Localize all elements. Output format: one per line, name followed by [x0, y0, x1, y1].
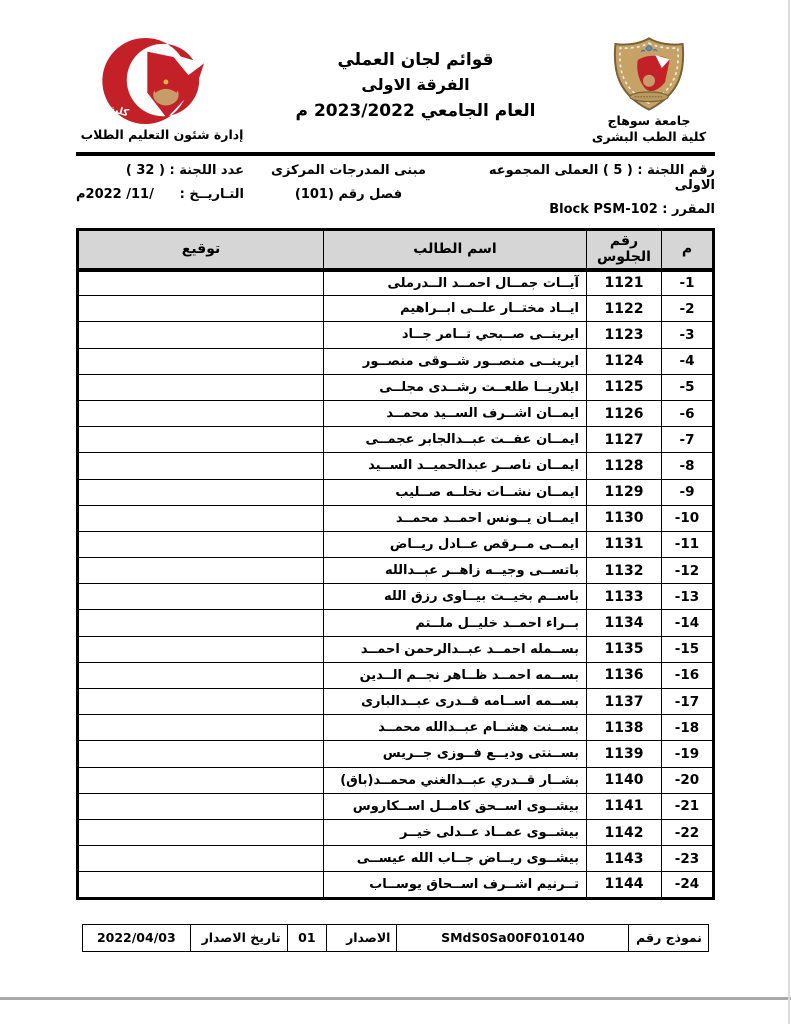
- row-seat-number: 1121: [587, 270, 662, 296]
- info-right-column: رقم اللجنة : ( 5 ) العملى المجموعه الاول…: [453, 163, 715, 217]
- table-row: -231143بيشــوى ريــاض جــاب الله عيســى: [78, 846, 714, 872]
- row-signature-cell: [78, 400, 324, 426]
- row-student-name: بيشــوى ريــاض جــاب الله عيســى: [324, 846, 587, 872]
- row-seat-number: 1133: [587, 584, 662, 610]
- row-signature-cell: [78, 584, 324, 610]
- table-row: -171137بســمه اســامه قــدرى عبــدالبارى: [78, 689, 714, 715]
- table-row: -51125ايلاريــا طلعــت رشــدى مجلــى: [78, 374, 714, 400]
- row-serial: -22: [662, 819, 714, 845]
- row-student-name: ايلاريــا طلعــت رشــدى مجلــى: [324, 374, 587, 400]
- row-seat-number: 1142: [587, 819, 662, 845]
- row-serial: -6: [662, 400, 714, 426]
- row-serial: -5: [662, 374, 714, 400]
- table-row: -201140بشــار قــدري عبــدالغني محمــد(ب…: [78, 767, 714, 793]
- row-student-name: بســمه اســامه قــدرى عبــدالبارى: [324, 689, 587, 715]
- row-student-name: باســم بخيــت بيــاوى رزق الله: [324, 584, 587, 610]
- row-signature-cell: [78, 453, 324, 479]
- document-header: جامعة سوهاج كلية الطب البشرى قوائم لجان …: [76, 36, 715, 150]
- row-seat-number: 1126: [587, 400, 662, 426]
- row-student-name: بشــار قــدري عبــدالغني محمــد(باق): [324, 767, 587, 793]
- document-content: جامعة سوهاج كلية الطب البشرى قوائم لجان …: [76, 0, 715, 952]
- doc-title-line1: قوائم لجان العملي: [248, 50, 583, 70]
- row-seat-number: 1132: [587, 558, 662, 584]
- row-serial: -17: [662, 689, 714, 715]
- row-serial: -10: [662, 505, 714, 531]
- table-row: -141134بــراء احمــد خليــل ملــتم: [78, 610, 714, 636]
- row-student-name: تــرنيم اشــرف اســحاق يوســاب: [324, 872, 587, 898]
- row-seat-number: 1130: [587, 505, 662, 531]
- header-divider-line: [76, 152, 715, 156]
- row-student-name: بســنت هشــام عبــدالله محمــد: [324, 715, 587, 741]
- row-signature-cell: [78, 846, 324, 872]
- department-caption: إدارة شئون التعليم الطلاب: [76, 127, 248, 142]
- row-seat-number: 1143: [587, 846, 662, 872]
- university-name: جامعة سوهاج: [583, 113, 715, 129]
- row-seat-number: 1138: [587, 715, 662, 741]
- table-row: -151135بســمله احمــد عبــدالرحمن احمــد: [78, 636, 714, 662]
- sohag-university-shield-logo: [609, 36, 689, 112]
- row-serial: -2: [662, 296, 714, 322]
- row-signature-cell: [78, 348, 324, 374]
- signature-column-header: توقيع: [78, 230, 324, 270]
- row-signature-cell: [78, 427, 324, 453]
- table-row: -41124ايرينــى منصــور شــوقى منصــور: [78, 348, 714, 374]
- row-serial: -15: [662, 636, 714, 662]
- table-row: -71127ايمــان عفــت عبــدالجابر عجمــى: [78, 427, 714, 453]
- row-signature-cell: [78, 610, 324, 636]
- row-serial: -23: [662, 846, 714, 872]
- row-signature-cell: [78, 767, 324, 793]
- row-student-name: بســمله احمــد عبــدالرحمن احمــد: [324, 636, 587, 662]
- faculty-medicine-crescent-logo: جامعة سوهاج كلية الطب: [88, 36, 236, 126]
- row-student-name: ايمــان عفــت عبــدالجابر عجمــى: [324, 427, 587, 453]
- student-table-body: -11121آيــات جمــال احمــد الــدرملى-211…: [78, 270, 714, 899]
- row-seat-number: 1134: [587, 610, 662, 636]
- row-signature-cell: [78, 558, 324, 584]
- scan-edge-bottom: [0, 997, 791, 1000]
- row-student-name: ايمــان يــونس احمــد محمــد: [324, 505, 587, 531]
- issue-number: 01: [287, 924, 326, 951]
- form-footer-table: نموذج رقم SMdS0Sa00F010140 الاصدار 01 تا…: [82, 924, 709, 952]
- table-header-row: م رقم الجلوس اسم الطالب توقيع: [78, 230, 714, 270]
- row-signature-cell: [78, 741, 324, 767]
- course-code: المقرر : Block PSM-102: [453, 202, 715, 217]
- table-row: -131133باســم بخيــت بيــاوى رزق الله: [78, 584, 714, 610]
- row-signature-cell: [78, 270, 324, 296]
- row-serial: -20: [662, 767, 714, 793]
- row-student-name: ايرينــى منصــور شــوقى منصــور: [324, 348, 587, 374]
- row-student-name: ايــاد مختــار علــى ابــراهيم: [324, 296, 587, 322]
- row-signature-cell: [78, 479, 324, 505]
- row-seat-number: 1131: [587, 531, 662, 557]
- row-serial: -24: [662, 872, 714, 898]
- committee-number: رقم اللجنة : ( 5 ) العملى المجموعه الاول…: [453, 163, 715, 193]
- row-seat-number: 1123: [587, 322, 662, 348]
- seat-number-column-header: رقم الجلوس: [587, 230, 662, 270]
- row-serial: -12: [662, 558, 714, 584]
- row-signature-cell: [78, 819, 324, 845]
- row-seat-number: 1137: [587, 689, 662, 715]
- document-title-block: قوائم لجان العملي الفرقة الاولى العام ال…: [248, 36, 583, 121]
- row-serial: -16: [662, 662, 714, 688]
- row-student-name: بســنتى وديــع فــوزى جــريس: [324, 741, 587, 767]
- seat-header-line1: رقم: [587, 233, 661, 249]
- scan-edge-right: [788, 0, 790, 1024]
- row-serial: -21: [662, 793, 714, 819]
- row-student-name: بيشــوى عمــاد عــدلى خيــر: [324, 819, 587, 845]
- seat-header-line2: الجلوس: [587, 249, 661, 265]
- issue-date-value: 2022/04/03: [83, 924, 191, 951]
- row-serial: -13: [662, 584, 714, 610]
- row-seat-number: 1140: [587, 767, 662, 793]
- date-label: التـاريــخ :: [180, 187, 244, 202]
- row-serial: -4: [662, 348, 714, 374]
- table-row: -241144تــرنيم اشــرف اســحاق يوســاب: [78, 872, 714, 898]
- row-seat-number: 1141: [587, 793, 662, 819]
- row-student-name: آيــات جمــال احمــد الــدرملى: [324, 270, 587, 296]
- row-seat-number: 1144: [587, 872, 662, 898]
- row-serial: -7: [662, 427, 714, 453]
- row-signature-cell: [78, 872, 324, 898]
- row-serial: -8: [662, 453, 714, 479]
- row-student-name: ايمــان اشــرف الســيد محمــد: [324, 400, 587, 426]
- table-row: -181138بســنت هشــام عبــدالله محمــد: [78, 715, 714, 741]
- table-row: -191139بســنتى وديــع فــوزى جــريس: [78, 741, 714, 767]
- row-seat-number: 1124: [587, 348, 662, 374]
- university-logo-block: جامعة سوهاج كلية الطب البشرى: [583, 36, 715, 146]
- row-seat-number: 1135: [587, 636, 662, 662]
- issue-label: الاصدار: [327, 924, 397, 951]
- table-row: -211141بيشــوى اســحق كامــل اســكاروس: [78, 793, 714, 819]
- row-signature-cell: [78, 374, 324, 400]
- room-number: فصل رقم (101): [270, 187, 428, 202]
- row-signature-cell: [78, 662, 324, 688]
- table-row: -221142بيشــوى عمــاد عــدلى خيــر: [78, 819, 714, 845]
- row-student-name: ايرينــى صــبحي تــامر جــاد: [324, 322, 587, 348]
- row-seat-number: 1139: [587, 741, 662, 767]
- row-signature-cell: [78, 531, 324, 557]
- serial-column-header: م: [662, 230, 714, 270]
- row-serial: -14: [662, 610, 714, 636]
- committee-count: عدد اللجنة : ( 32 ): [76, 163, 244, 178]
- row-serial: -3: [662, 322, 714, 348]
- faculty-name: كلية الطب البشرى: [583, 129, 715, 145]
- row-signature-cell: [78, 793, 324, 819]
- exam-date-row: التـاريــخ : /11/ 2022م: [76, 187, 244, 202]
- row-student-name: بيشــوى اســحق كامــل اســكاروس: [324, 793, 587, 819]
- row-serial: -19: [662, 741, 714, 767]
- date-value: /11/ 2022م: [76, 187, 154, 202]
- table-row: -31123ايرينــى صــبحي تــامر جــاد: [78, 322, 714, 348]
- row-student-name: ايمــان ناصــر عبدالحميــد الســيد: [324, 453, 587, 479]
- table-row: -121132باتســى وجيــه زاهــر عبــدالله: [78, 558, 714, 584]
- row-seat-number: 1129: [587, 479, 662, 505]
- row-student-name: بســمه احمــد ظــاهر نجــم الــدين: [324, 662, 587, 688]
- row-seat-number: 1125: [587, 374, 662, 400]
- row-signature-cell: [78, 689, 324, 715]
- form-number-code: SMdS0Sa00F010140: [397, 924, 629, 951]
- doc-title-line3: العام الجامعي 2023/2022 م: [248, 101, 583, 121]
- row-seat-number: 1122: [587, 296, 662, 322]
- row-serial: -11: [662, 531, 714, 557]
- row-student-name: ايمــان نشــات نخلــه صــليب: [324, 479, 587, 505]
- table-row: -61126ايمــان اشــرف الســيد محمــد: [78, 400, 714, 426]
- row-serial: -1: [662, 270, 714, 296]
- info-left-column: عدد اللجنة : ( 32 ) التـاريــخ : /11/ 20…: [76, 163, 244, 217]
- row-student-name: ايمــى مــرقص عــادل ريــاض: [324, 531, 587, 557]
- table-row: -101130ايمــان يــونس احمــد محمــد: [78, 505, 714, 531]
- row-seat-number: 1128: [587, 453, 662, 479]
- scanned-document-page: جامعة سوهاج كلية الطب البشرى قوائم لجان …: [0, 0, 791, 1024]
- table-row: -81128ايمــان ناصــر عبدالحميــد الســيد: [78, 453, 714, 479]
- row-signature-cell: [78, 505, 324, 531]
- row-seat-number: 1136: [587, 662, 662, 688]
- student-name-column-header: اسم الطالب: [324, 230, 587, 270]
- building-name: مبنى المدرجات المركزى: [270, 163, 428, 178]
- footer-row: نموذج رقم SMdS0Sa00F010140 الاصدار 01 تا…: [83, 924, 709, 951]
- row-signature-cell: [78, 715, 324, 741]
- issue-date-label: تاريخ الاصدار: [190, 924, 287, 951]
- faculty-logo-block: جامعة سوهاج كلية الطب إدارة شئون التعليم…: [76, 36, 248, 142]
- row-seat-number: 1127: [587, 427, 662, 453]
- table-row: -161136بســمه احمــد ظــاهر نجــم الــدي…: [78, 662, 714, 688]
- student-list-table: م رقم الجلوس اسم الطالب توقيع -11121آيــ…: [76, 228, 715, 900]
- table-row: -111131ايمــى مــرقص عــادل ريــاض: [78, 531, 714, 557]
- row-serial: -9: [662, 479, 714, 505]
- info-middle-column: مبنى المدرجات المركزى فصل رقم (101): [270, 163, 428, 217]
- row-signature-cell: [78, 296, 324, 322]
- table-row: -11121آيــات جمــال احمــد الــدرملى: [78, 270, 714, 296]
- row-serial: -18: [662, 715, 714, 741]
- form-number-label: نموذج رقم: [629, 924, 709, 951]
- exam-info-strip: رقم اللجنة : ( 5 ) العملى المجموعه الاول…: [76, 163, 715, 217]
- row-student-name: بــراء احمــد خليــل ملــتم: [324, 610, 587, 636]
- table-row: -21122ايــاد مختــار علــى ابــراهيم: [78, 296, 714, 322]
- row-signature-cell: [78, 322, 324, 348]
- row-student-name: باتســى وجيــه زاهــر عبــدالله: [324, 558, 587, 584]
- table-row: -91129ايمــان نشــات نخلــه صــليب: [78, 479, 714, 505]
- row-signature-cell: [78, 636, 324, 662]
- doc-title-line2: الفرقة الاولى: [248, 75, 583, 94]
